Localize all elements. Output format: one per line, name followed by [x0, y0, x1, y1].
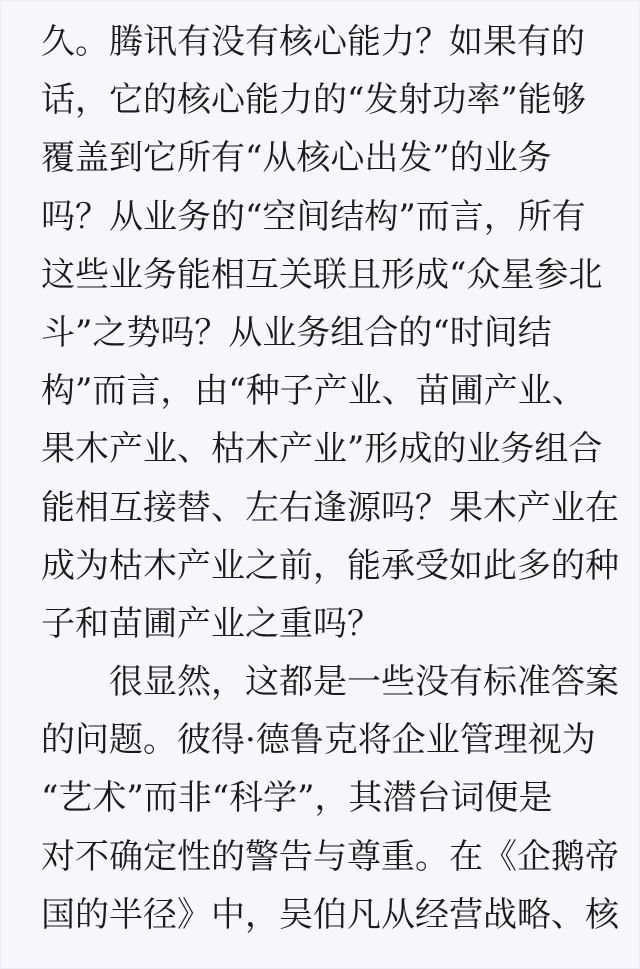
text-line-indented: 很显然，这都是一些没有标准答案 [41, 653, 611, 711]
text-line: 子和苗圃产业之重吗？ [41, 595, 611, 653]
reader-page: 久。腾讯有没有核心能力？如果有的 话，它的核心能力的“发射功率”能够 覆盖到它所… [0, 0, 640, 969]
text-line: 覆盖到它所有“从核心出发”的业务 [41, 129, 611, 187]
text-line: 对不确定性的警告与尊重。在《企鹅帝 [41, 828, 611, 886]
text-line: 果木产业、枯木产业”形成的业务组合 [41, 420, 611, 478]
text-line: 国的半径》中，吴伯凡从经营战略、核 [41, 886, 611, 944]
text-line: “艺术”而非“科学”，其潜台词便是 [41, 769, 611, 827]
article-body: 久。腾讯有没有核心能力？如果有的 话，它的核心能力的“发射功率”能够 覆盖到它所… [41, 13, 611, 944]
text-line: 构”而言，由“种子产业、苗圃产业、 [41, 362, 611, 420]
text-line: 话，它的核心能力的“发射功率”能够 [41, 71, 611, 129]
text-line: 这些业务能相互关联且形成“众星参北 [41, 246, 611, 304]
text-line: 久。腾讯有没有核心能力？如果有的 [41, 13, 611, 71]
text-line: 能相互接替、左右逢源吗？果木产业在 [41, 479, 611, 537]
text-line: 成为枯木产业之前，能承受如此多的种 [41, 537, 611, 595]
text-line: 的问题。彼得·德鲁克将企业管理视为 [41, 711, 611, 769]
text-line: 斗”之势吗？从业务组合的“时间结 [41, 304, 611, 362]
paragraph-1: 久。腾讯有没有核心能力？如果有的 话，它的核心能力的“发射功率”能够 覆盖到它所… [41, 13, 611, 653]
text-line: 吗？从业务的“空间结构”而言，所有 [41, 188, 611, 246]
paragraph-2: 很显然，这都是一些没有标准答案 的问题。彼得·德鲁克将企业管理视为 “艺术”而非… [41, 653, 611, 944]
